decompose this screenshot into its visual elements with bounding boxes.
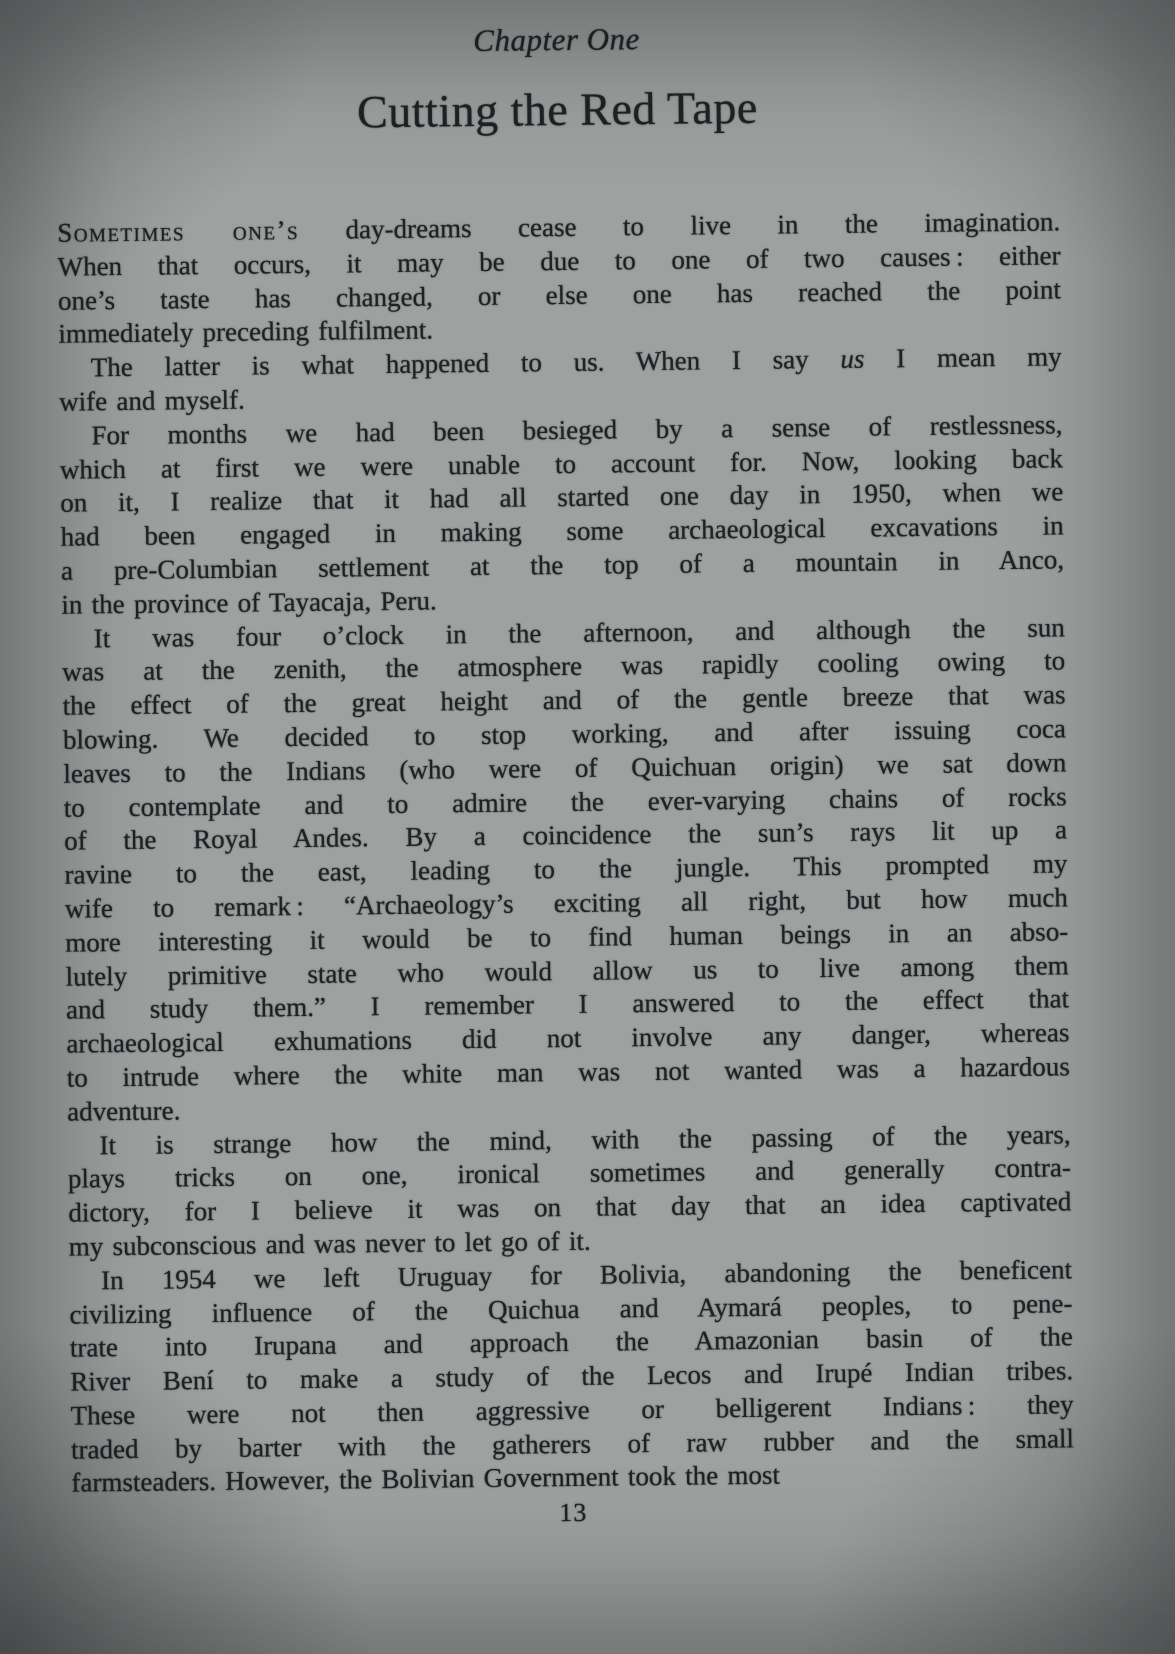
text-segment: immediately preceding fulfilment.	[58, 315, 433, 349]
text-segment: farmsteaders. However, the Bolivian Gove…	[71, 1460, 780, 1498]
text-segment: Sometimes one’s	[57, 215, 299, 248]
paragraph: For months we had been besieged by a sen…	[59, 408, 1064, 622]
text-segment: adventure.	[67, 1095, 181, 1126]
paragraph: It was four o’clock in the afternoon, an…	[62, 611, 1071, 1129]
text-segment: wife and myself.	[59, 385, 245, 417]
text-segment: my subconscious and was never to let go …	[69, 1226, 591, 1262]
paragraph: In 1954 we left Uruguay for Bolivia, aba…	[69, 1253, 1075, 1501]
text-segment: day-dreams cease to live in the imaginat…	[299, 206, 1060, 245]
paragraph: It is strange how the mind, with the pas…	[67, 1118, 1071, 1265]
chapter-heading: Chapter One	[55, 0, 1059, 64]
paragraph: The latter is what happened to us. When …	[59, 341, 1063, 420]
body-text: Sometimes one’s day-dreams cease to live…	[57, 205, 1075, 1501]
paragraph: Sometimes one’s day-dreams cease to live…	[57, 205, 1061, 352]
page-content: Chapter One Cutting the Red Tape Sometim…	[55, 0, 1077, 1654]
text-segment: The latter is what happened to us. When …	[91, 344, 841, 383]
text-segment: in the province of Tayacaja, Peru.	[61, 585, 437, 619]
book-page-photo: Chapter One Cutting the Red Tape Sometim…	[0, 0, 1175, 1654]
text-segment: us	[840, 344, 864, 374]
page-title: Cutting the Red Tape	[56, 78, 1060, 141]
text-segment: I mean my	[864, 342, 1062, 374]
